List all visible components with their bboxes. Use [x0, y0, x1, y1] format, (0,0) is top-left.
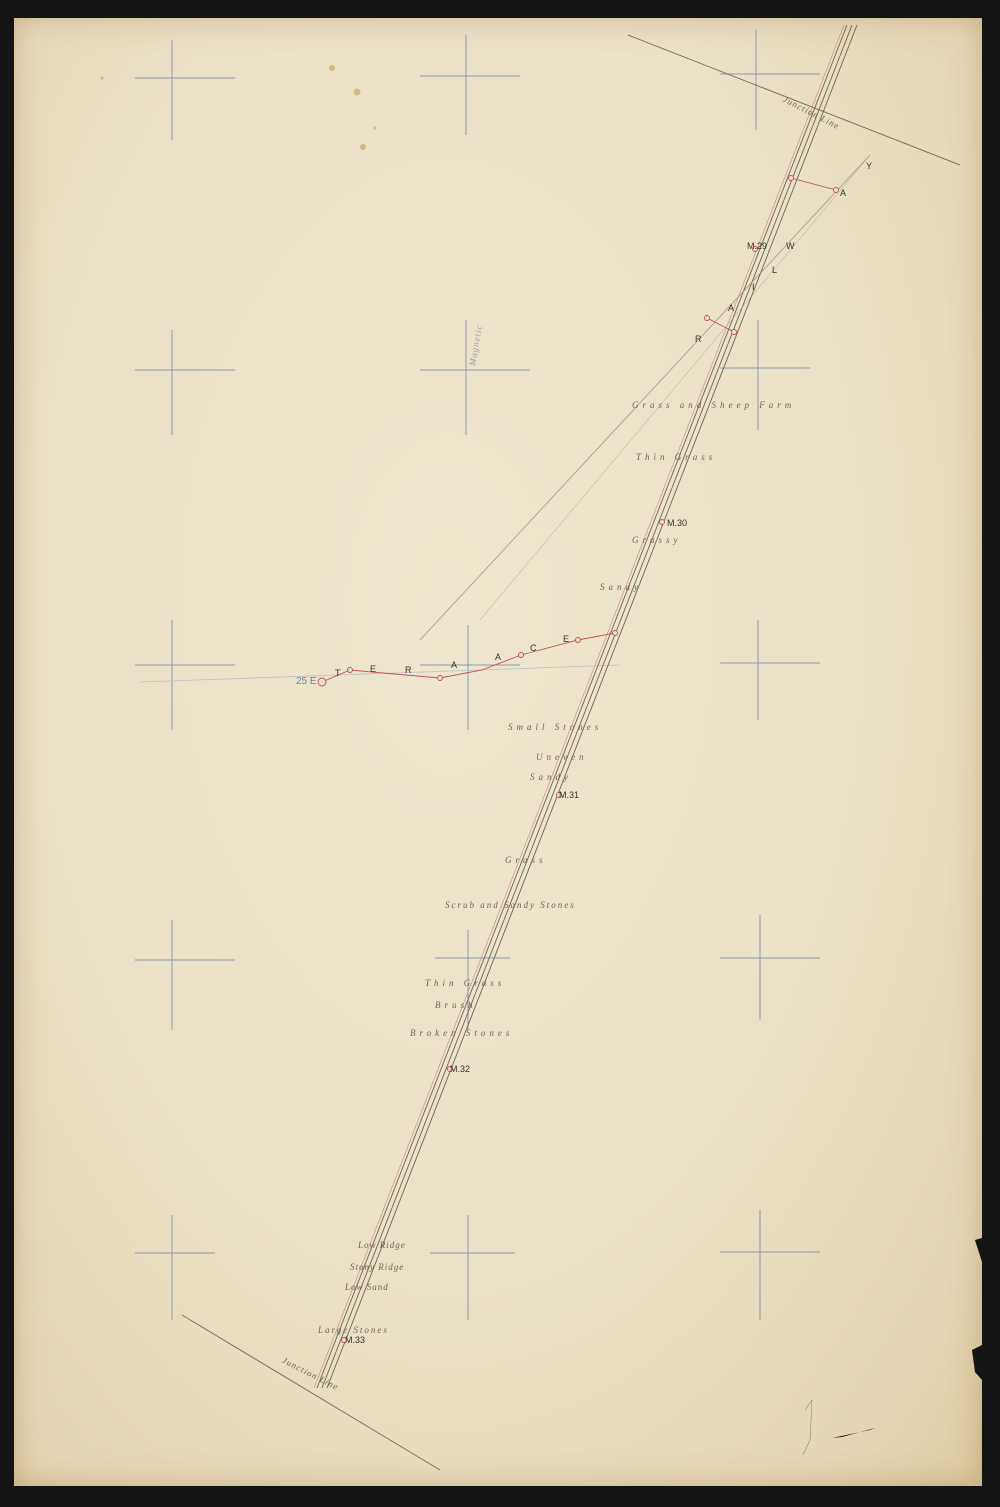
main-track: [317, 25, 857, 1388]
spur-letter: I: [752, 282, 755, 292]
spur-letter: L: [772, 265, 777, 275]
mile-post-label: M.31: [559, 790, 579, 800]
survey-drawing: [0, 0, 1000, 1507]
terrain-annotation: Uneven: [536, 752, 587, 762]
terrain-annotation: Sandy: [530, 772, 572, 782]
terrain-annotation: Brush: [435, 1000, 477, 1010]
mile-post-label: M.29: [747, 241, 767, 251]
terrain-annotation: Scrub and Sandy Stones: [445, 900, 576, 910]
mile-post-label: M.33: [345, 1335, 365, 1345]
spur-letter: A: [840, 188, 846, 198]
spur-letter: W: [786, 241, 795, 251]
spur-letter: C: [530, 643, 537, 653]
spur-letter: A: [495, 652, 501, 662]
terrain-annotation: Low Sand: [345, 1282, 389, 1292]
spur-letter: A: [728, 303, 734, 313]
spur-letter: R: [695, 334, 702, 344]
terrain-annotation: Stony Ridge: [350, 1262, 404, 1272]
mile-post-label: M.30: [667, 518, 687, 528]
spur-letter: Y: [866, 161, 872, 171]
terrain-annotation: Small Stones: [508, 722, 602, 732]
survey-offsets: [322, 178, 836, 682]
mile-post-label: M.32: [450, 1064, 470, 1074]
terrain-annotation: Grass: [505, 855, 547, 865]
spur-letter: R: [405, 665, 412, 675]
terrain-annotation: Large Stones: [318, 1325, 389, 1335]
terrain-annotation: Sandy: [600, 582, 642, 592]
terrain-annotation: Thin Grass: [636, 452, 716, 462]
spur-letter: A: [451, 660, 457, 670]
terrain-annotation: Thin Grass: [425, 978, 505, 988]
terrain-annotation: Low Ridge: [358, 1240, 406, 1250]
terrain-annotation: Grass and Sheep Farm: [632, 400, 795, 410]
spur-letter: E: [563, 634, 569, 644]
spur-letter: T: [335, 668, 341, 678]
grid-crosses: [135, 30, 820, 1320]
spur-letter: E: [370, 664, 376, 674]
terrain-annotation: Grassy: [632, 535, 682, 545]
station-label: 25 E: [296, 676, 317, 687]
terrain-annotation: Broken Stones: [410, 1028, 513, 1038]
